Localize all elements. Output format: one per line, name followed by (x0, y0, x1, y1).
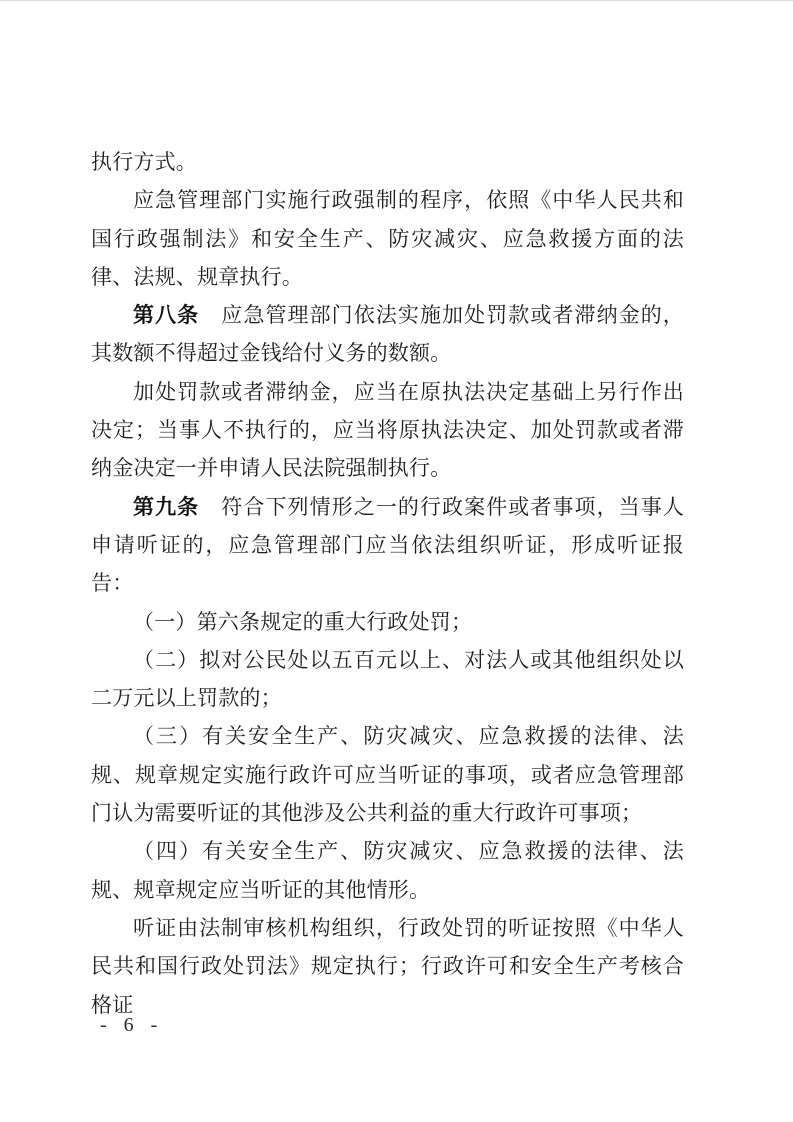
article-heading: 第九条 (133, 495, 199, 519)
paragraph: 加处罚款或者滞纳金，应当在原执法决定基础上另行作出决定；当事人不执行的，应当将原… (91, 373, 684, 488)
paragraph-text: 听证由法制审核机构组织，行政处罚的听证按照《中华人民共和国行政处罚法》规定执行；… (91, 916, 684, 1017)
paragraph-text: 应急管理部门实施行政强制的程序，依照《中华人民共和国行政强制法》和安全生产、防灾… (91, 188, 684, 289)
paragraph-text: 加处罚款或者滞纳金，应当在原执法决定基础上另行作出决定；当事人不执行的，应当将原… (91, 380, 684, 481)
paragraph: 应急管理部门实施行政强制的程序，依照《中华人民共和国行政强制法》和安全生产、防灾… (91, 181, 684, 296)
paragraph: 第九条 符合下列情形之一的行政案件或者事项，当事人申请听证的，应急管理部门应当依… (91, 488, 684, 603)
paragraph-text: （一）第六条规定的重大行政处罚； (133, 610, 472, 634)
scan-top-edge (0, 0, 793, 1)
document-body: 执行方式。应急管理部门实施行政强制的程序，依照《中华人民共和国行政强制法》和安全… (91, 143, 684, 1024)
paragraph: 第八条 应急管理部门依法实施加处罚款或者滞纳金的，其数额不得超过金钱给付义务的数… (91, 296, 684, 373)
paragraph-text: （二）拟对公民处以五百元以上、对法人或其他组织处以二万元以上罚款的； (91, 648, 684, 710)
paragraph: 执行方式。 (91, 143, 684, 181)
paragraph-text: （四）有关安全生产、防灾减灾、应急救援的法律、法规、规章规定应当听证的其他情形。 (91, 839, 684, 901)
paragraph: （四）有关安全生产、防灾减灾、应急救援的法律、法规、规章规定应当听证的其他情形。 (91, 832, 684, 909)
page-number: - 6 - (100, 1012, 159, 1038)
paragraph-text: （三）有关安全生产、防灾减灾、应急救援的法律、法规、规章规定实施行政许可应当听证… (91, 724, 684, 825)
paragraph: （三）有关安全生产、防灾减灾、应急救援的法律、法规、规章规定实施行政许可应当听证… (91, 717, 684, 832)
paragraph: （二）拟对公民处以五百元以上、对法人或其他组织处以二万元以上罚款的； (91, 641, 684, 718)
document-page: { "page": { "page_number": "- 6 -", "bac… (0, 0, 793, 1122)
paragraph: （一）第六条规定的重大行政处罚； (91, 603, 684, 641)
paragraph: 听证由法制审核机构组织，行政处罚的听证按照《中华人民共和国行政处罚法》规定执行；… (91, 909, 684, 1024)
article-heading: 第八条 (133, 303, 199, 327)
paragraph-text: 执行方式。 (91, 150, 197, 174)
